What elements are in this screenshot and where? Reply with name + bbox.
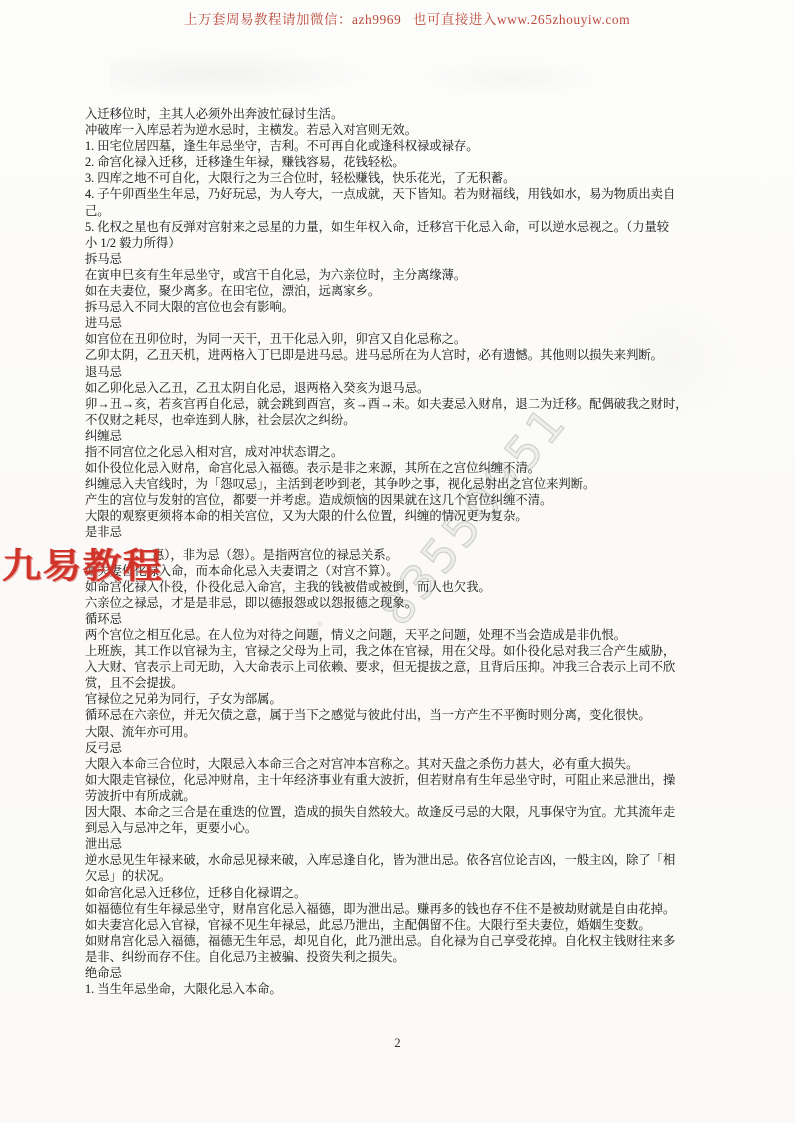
text-line: 欠忌」的状况。 bbox=[85, 868, 725, 884]
text-line: 大限入本命三合位时，大限忌入本命三合之对宫冲本宫称之。其对天盘之杀伤力甚大，必有… bbox=[85, 756, 725, 772]
text-line: 2. 命宫化禄入迁移，迁移逢生年禄，赚钱容易，花钱轻松。 bbox=[85, 154, 725, 170]
text-line: 大限、流年亦可用。 bbox=[85, 724, 725, 740]
text-line: 如在夫妻位，聚少离多。在田宅位，漂泊，远离家乡。 bbox=[85, 283, 725, 299]
text-line: 两个宫位之相互化忌。在人位为对待之问题，情义之问题，天平之问题，处理不当会造成是… bbox=[85, 627, 725, 643]
text-line: 如财帛宫化忌入福德，福德无生年忌，却见自化，此乃泄出忌。自化禄为自己享受花掉。自… bbox=[85, 933, 725, 949]
brand-watermark: 九易教程 bbox=[2, 539, 163, 589]
text-line: 如命宫化忌入迁移位，迁移自化禄谓之。 bbox=[85, 885, 725, 901]
text-line: 如夫妻宫化忌入官禄，官禄不见生年禄忌，此忌乃泄出，主配偶留不住。大限行至夫妻位，… bbox=[85, 917, 725, 933]
text-line: 小 1/2 毅力所得） bbox=[85, 235, 725, 251]
text-line: 纠缠忌入夫官线时，为「怨叹忌」，主活到老吵到老，其争吵之事，视化忌射出之宫位来判… bbox=[85, 476, 725, 492]
section-heading: 进马忌 bbox=[85, 315, 725, 331]
text-line: 如命宫化禄入仆役，仆役化忌入命宫，主我的钱被借或被倒，而人也欠我。 bbox=[85, 579, 725, 595]
scan-artifact bbox=[110, 50, 370, 98]
text-line: 入大财、官表示上司无助，入大命表示上司依赖、要求，但无提拔之意，且背后压抑。冲我… bbox=[85, 659, 725, 675]
text-line: 大限的观察更须将本命的相关宫位，又为大限的什么位置，纠缠的情况更为复杂。 bbox=[85, 508, 725, 524]
text-line: 六亲位之禄忌，才是是非忌，即以德报怨或以怨报德之现象。 bbox=[85, 595, 725, 611]
text-line: 5. 化权之星也有反弹对宫射来之忌星的力量，如生年权入命，迁移宫干化忌入命，可以… bbox=[85, 219, 725, 235]
page-number: 2 bbox=[0, 1036, 795, 1051]
text-line: 劳波折中有所成就。 bbox=[85, 788, 725, 804]
text-line: 乙卯太阴，乙丑天机，进两格入丁巳即是进马忌。进马忌所在为人宫时，必有遗憾。其他则… bbox=[85, 347, 725, 363]
text-line: 赏，且不会提拔。 bbox=[85, 675, 725, 691]
text-line: 如福德位有生年禄忌坐守，财帛宫化忌入福德，即为泄出忌。赚再多的钱也存不住不是被劫… bbox=[85, 901, 725, 917]
text-line: 在寅申巳亥有生年忌坐守，或宫干自化忌，为六亲位时，主分离缘薄。 bbox=[85, 267, 725, 283]
text-line: 4. 子午卯酉坐生年忌，乃好玩忌，为人夸大，一点成就，天下皆知。若为财福线，用钱… bbox=[85, 186, 725, 202]
section-heading: 拆马忌 bbox=[85, 251, 725, 267]
text-line: 3. 四库之地不可自化，大限行之为三合位时，轻松赚钱，快乐花光，了无积蓄。 bbox=[85, 170, 725, 186]
text-line: 冲破库一入库忌若为逆水忌时，主横发。若忌入对宫则无效。 bbox=[85, 122, 725, 138]
section-heading: 绝命忌 bbox=[85, 965, 725, 981]
text-line: 如大限走官禄位，化忌冲财帛，主十年经济事业有重大波折，但若财帛有生年忌坐守时，可… bbox=[85, 772, 725, 788]
text-line: 拆马忌入不同大限的宫位也会有影响。 bbox=[85, 299, 725, 315]
text-line: 1. 田宅位居四墓，逢生年忌坐守，吉利。不可再自化或逢科权禄或禄存。 bbox=[85, 138, 725, 154]
section-heading: 纠缠忌 bbox=[85, 428, 725, 444]
scan-artifact bbox=[420, 60, 600, 96]
promo-header-text: 上万套周易教程请加微信：azh9969 也可直接进入www.265zhouyiw… bbox=[184, 8, 630, 28]
text-line: 指不同宫位之化忌入相对宫，成对冲状态谓之。 bbox=[85, 444, 725, 460]
text-line: 如宫位在丑卯位时，为同一天干，丑干化忌入卯，卯宫又自化忌称之。 bbox=[85, 331, 725, 347]
text-line: 循环忌在六亲位，并无欠债之意，属于当下之感觉与彼此付出，当一方产生不平衡时则分离… bbox=[85, 707, 725, 723]
section-heading: 泄出忌 bbox=[85, 836, 725, 852]
text-line: 官禄位之兄弟为同行，子女为部属。 bbox=[85, 691, 725, 707]
text-line: 因大限、本命之三合是在重迭的位置，造成的损失自然较大。故逢反弓忌的大限，凡事保守… bbox=[85, 804, 725, 820]
text-line: 到忌入与忌冲之年，更要小心。 bbox=[85, 820, 725, 836]
text-line: 如乙卯化忌入乙丑，乙丑太阴自化忌，退两格入癸亥为退马忌。 bbox=[85, 380, 725, 396]
text-line: 入迁移位时，主其人必须外出奔波忙碌讨生活。 bbox=[85, 106, 725, 122]
text-line: 产生的宫位与发射的宫位，都要一并考虑。造成烦恼的因果就在这几个宫位纠缠不清。 bbox=[85, 492, 725, 508]
text-line: 1. 当生年忌坐命，大限化忌入本命。 bbox=[85, 981, 725, 997]
section-heading: 反弓忌 bbox=[85, 740, 725, 756]
document-body: 入迁移位时，主其人必须外出奔波忙碌讨生活。冲破库一入库忌若为逆水忌时，主横发。若… bbox=[85, 106, 725, 997]
text-line: 己。 bbox=[85, 203, 725, 219]
text-line: 是非、纠纷而存不住。自化忌乃主被骗、投资失利之损失。 bbox=[85, 949, 725, 965]
text-line: 上班族，其工作以官禄为主，官禄之父母为上司，我之体在官禄，用在父母。如仆役化忌对… bbox=[85, 643, 725, 659]
document-page: 上万套周易教程请加微信：azh9969 也可直接进入www.265zhouyiw… bbox=[0, 0, 795, 1123]
section-heading: 退马忌 bbox=[85, 364, 725, 380]
text-line: 逆水忌见生年禄来破，水命忌见禄来破，入库忌逢自化，皆为泄出忌。依各宫位论吉凶，一… bbox=[85, 852, 725, 868]
text-line: 不仅财之耗尽，也牵连到人脉，社会层次之纠纷。 bbox=[85, 412, 725, 428]
section-heading: 是非忌 bbox=[85, 524, 725, 540]
text-line: 惠），非为忌（怨）。是指两宫位的禄忌关系。 bbox=[85, 547, 725, 563]
text-line: 如夫妻位化禄入命，而本命化忌入夫妻谓之（对宫不算）。 bbox=[85, 563, 725, 579]
text-line: 如仆役位化忌入财帛，命宫化忌入福德。表示是非之来源，其所在之宫位纠缠不清。 bbox=[85, 460, 725, 476]
text-line: 卯→丑→亥，若亥宫再自化忌，就会跳到酉宫，亥→酉→未。如夫妻忌入财帛，退二为迁移… bbox=[85, 396, 725, 412]
section-heading: 循环忌 bbox=[85, 611, 725, 627]
